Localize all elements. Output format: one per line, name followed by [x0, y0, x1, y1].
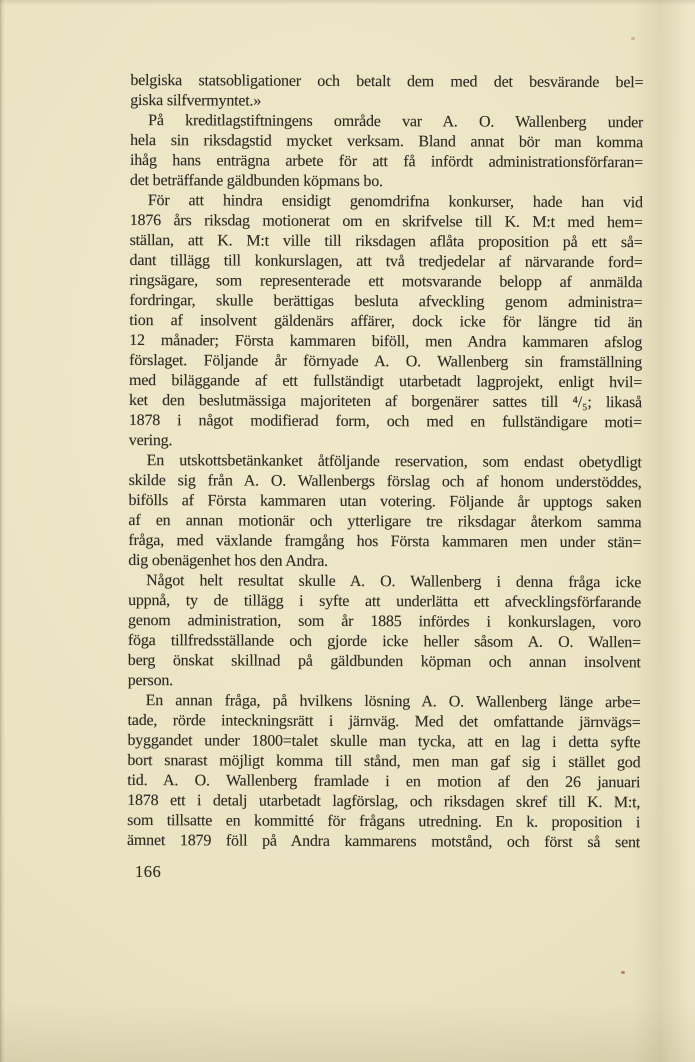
text-line: En annan fråga, på hvilkens lösning A. O…: [128, 691, 641, 713]
text-line: tid. A. O. Wallenberg framlade i en moti…: [127, 771, 640, 793]
text-line: ket den beslutmässiga majoriteten af bor…: [129, 391, 642, 413]
text-line: fråga, med växlande framgång hos Första …: [128, 531, 641, 553]
text-line: ihåg hans enträgna arbete för att få inf…: [130, 151, 643, 173]
text-line: 12 månader; Första kammaren biföll, men …: [129, 331, 642, 353]
text-line: 1876 års riksdag motionerat om en skrifv…: [130, 211, 643, 233]
text-line: med biläggande af ett fullständigt utarb…: [129, 371, 642, 393]
text-line: vering.: [129, 431, 642, 453]
text-line: berg önskat skillnad på gäldbunden köpma…: [128, 651, 641, 673]
paragraph: Något helt resultat skulle A. O. Wallenb…: [128, 571, 642, 693]
paragraph: belgiska statsobligationer och betalt de…: [130, 71, 643, 113]
page-text: belgiska statsobligationer och betalt de…: [127, 71, 643, 853]
text-line: föga tillfredsställande och gjorde icke …: [128, 631, 641, 653]
text-line: På kreditlagstiftningens område var A. O…: [130, 111, 643, 133]
text-line: dant tillägg till konkurslagen, att två …: [130, 251, 643, 273]
book-page: belgiska statsobligationer och betalt de…: [0, 0, 695, 1062]
paragraph: En annan fråga, på hvilkens lösning A. O…: [127, 691, 641, 853]
text-line: bifölls af Första kammaren utan votering…: [128, 491, 641, 513]
page-number: 166: [135, 862, 161, 882]
text-line: tade, rörde inteckningsrätt i järnväg. M…: [128, 711, 641, 733]
text-line: dig obenägenhet hos den Andra.: [128, 551, 641, 573]
text-line: hela sin riksdagstid mycket verksam. Bla…: [130, 131, 643, 153]
paragraph: För att hindra ensidigt genomdrifna konk…: [129, 191, 643, 453]
text-line: uppnå, ty de tillägg i syfte att underlä…: [128, 591, 641, 613]
paper-speck: [621, 971, 625, 974]
paragraph: På kreditlagstiftningens område var A. O…: [130, 111, 643, 193]
text-line: förslaget. Följande år förnyade A. O. Wa…: [129, 351, 642, 373]
text-line: fordringar, skulle berättigas besluta af…: [129, 291, 642, 313]
text-line: det beträffande gäldbunden köpmans bo.: [130, 171, 643, 193]
text-line: belgiska statsobligationer och betalt de…: [130, 71, 643, 93]
paragraph: En utskottsbetänkanket åtföljande reserv…: [128, 451, 642, 573]
text-line: En utskottsbetänkanket åtföljande reserv…: [129, 451, 642, 473]
text-line: ringsägare, som representerade ett motsv…: [129, 271, 642, 293]
text-line: person.: [128, 671, 641, 693]
text-line: skilde sig från A. O. Wallenbergs försla…: [129, 471, 642, 493]
text-line: bort snarast möjligt komma till stånd, m…: [127, 751, 640, 773]
text-line: af en annan motionär och ytterligare tre…: [128, 511, 641, 533]
text-line: tion af insolvent gäldenärs affärer, doc…: [129, 311, 642, 333]
text-line: För att hindra ensidigt genomdrifna konk…: [130, 191, 643, 213]
paper-speck: [631, 37, 635, 40]
text-line: som tillsatte en kommitté för frågans ut…: [127, 811, 640, 833]
text-line: ämnet 1879 föll på Andra kammarens motst…: [127, 831, 640, 853]
text-line: 1878 ett i detalj utarbetadt lagförslag,…: [127, 791, 640, 813]
text-line: byggandet under 1800=talet skulle man ty…: [127, 731, 640, 753]
text-line: genom administration, som år 1885 införd…: [128, 611, 641, 633]
text-line: ställan, att K. M:t ville till riksdagen…: [130, 231, 643, 253]
text-line: 1878 i något modifierad form, och med en…: [129, 411, 642, 433]
text-line: Något helt resultat skulle A. O. Wallenb…: [128, 571, 641, 593]
text-line: giska silfvermyntet.»: [130, 91, 643, 113]
